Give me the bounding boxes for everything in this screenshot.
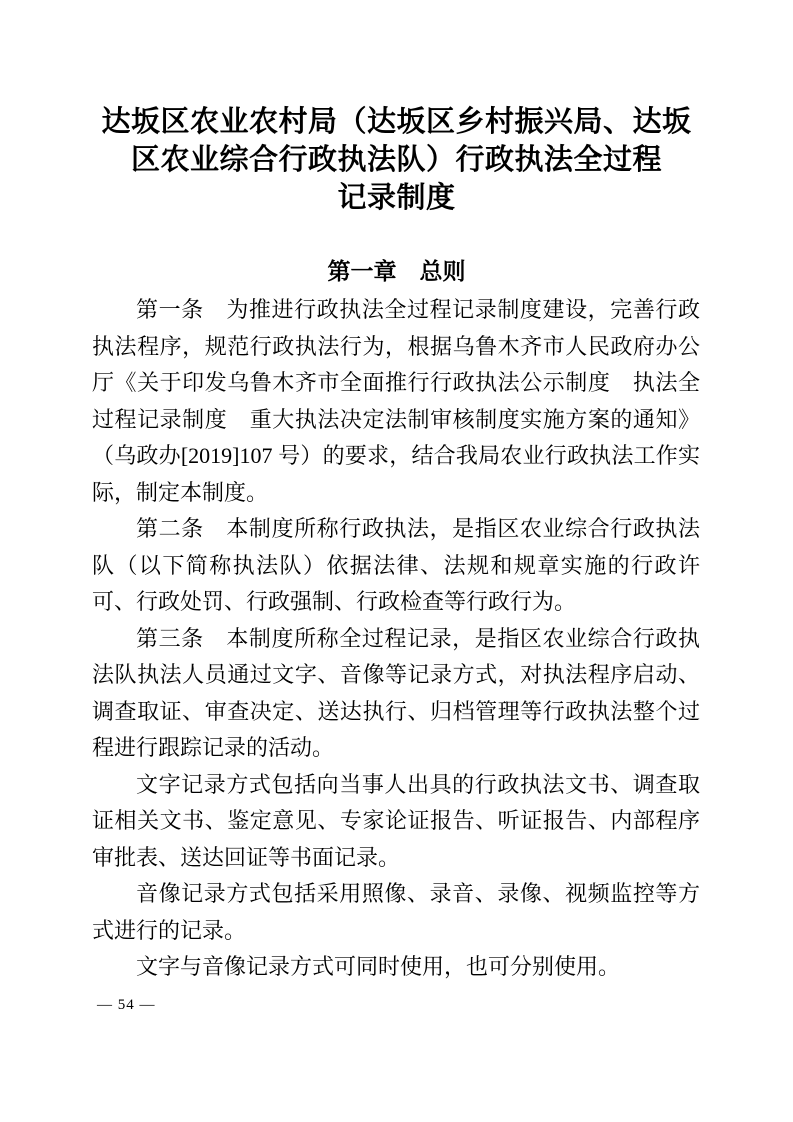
paragraph-article-1: 第一条 为推进行政执法全过程记录制度建设，完善行政执法程序，规范行政执法行为，根… (92, 292, 700, 511)
paragraph-article-3: 第三条 本制度所称全过程记录，是指区农业综合行政执法队执法人员通过文字、音像等记… (92, 621, 700, 767)
page-number: — 54 — (97, 997, 156, 1014)
paragraph-combined-use: 文字与音像记录方式可同时使用，也可分别使用。 (92, 949, 700, 986)
document-title-line-1: 达坂区农业农村局（达坂区乡村振兴局、达坂 (0, 103, 793, 141)
paragraph-audio-video-record-definition: 音像记录方式包括采用照像、录音、录像、视频监控等方式进行的记录。 (92, 876, 700, 949)
document-body: 第一条 为推进行政执法全过程记录制度建设，完善行政执法程序，规范行政执法行为，根… (92, 292, 700, 986)
document-title-line-2: 区农业综合行政执法队）行政执法全过程 (0, 141, 793, 179)
document-page: 达坂区农业农村局（达坂区乡村振兴局、达坂 区农业综合行政执法队）行政执法全过程 … (0, 0, 793, 1122)
document-title-line-3: 记录制度 (0, 179, 793, 217)
chapter-heading: 第一章 总则 (0, 257, 793, 285)
paragraph-text-record-definition: 文字记录方式包括向当事人出具的行政执法文书、调查取证相关文书、鉴定意见、专家论证… (92, 767, 700, 877)
document-title: 达坂区农业农村局（达坂区乡村振兴局、达坂 区农业综合行政执法队）行政执法全过程 … (0, 103, 793, 217)
paragraph-article-2: 第二条 本制度所称行政执法，是指区农业综合行政执法队（以下简称执法队）依据法律、… (92, 511, 700, 621)
